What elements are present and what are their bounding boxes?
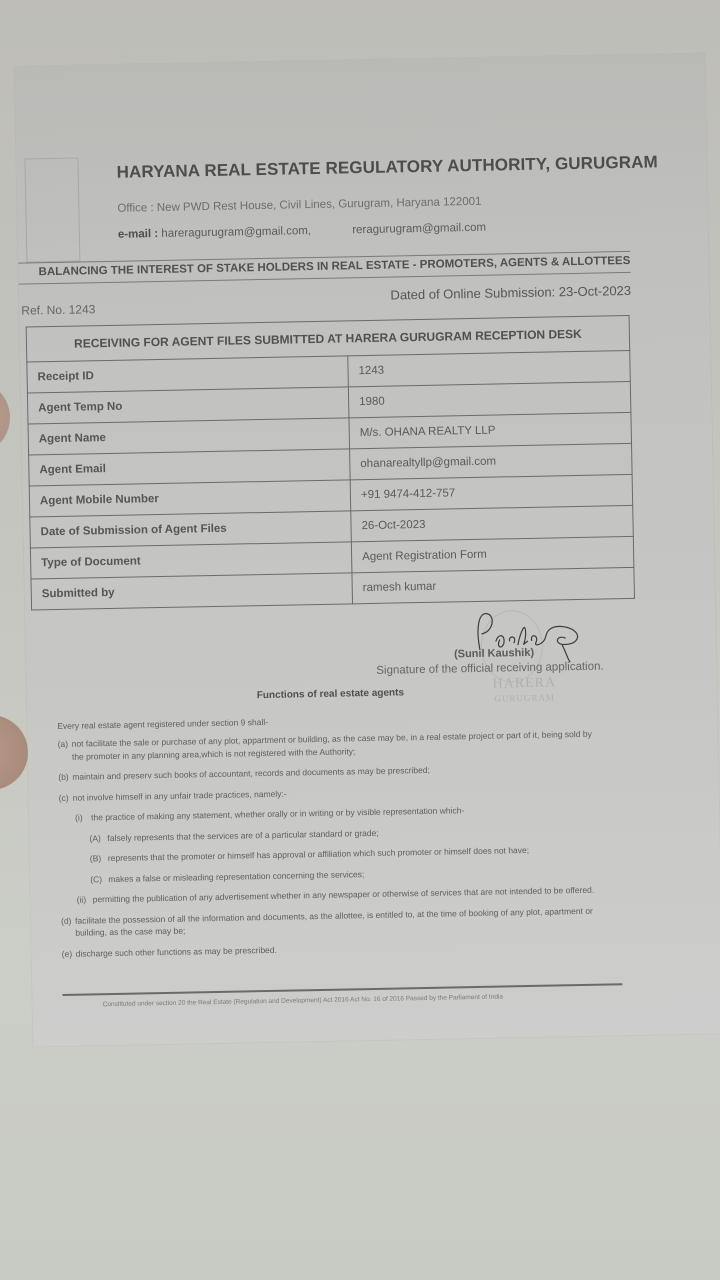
- reference-number: Ref. No. 1243: [21, 302, 95, 317]
- email-secondary: reragurugram@gmail.com: [352, 222, 486, 237]
- online-submission-date: Dated of Online Submission: 23-Oct-2023: [390, 283, 631, 303]
- contact-emails: e-mail : hareragurugram@gmail.com, rerag…: [118, 222, 486, 241]
- list-text: makes a false or misleading representati…: [108, 863, 600, 885]
- signature-caption: Signature of the official receiving appl…: [376, 661, 604, 677]
- list-marker: (e): [62, 947, 73, 960]
- receipt-table: RECEIVING FOR AGENT FILES SUBMITTED AT H…: [26, 315, 635, 611]
- document-page: HARYANA REAL ESTATE REGULATORY AUTHORITY…: [15, 53, 720, 1046]
- list-text: permitting the publication of any advert…: [93, 884, 601, 906]
- list-item: (i)the practice of making any statement,…: [59, 802, 599, 825]
- harera-watermark: HARERA GURUGRAM: [492, 676, 556, 705]
- list-marker: (c): [59, 791, 69, 804]
- logo-placeholder: [24, 158, 80, 263]
- field-value: ramesh kumar: [352, 567, 635, 603]
- list-marker: (B): [90, 852, 102, 865]
- list-marker: (d): [61, 914, 72, 927]
- email-primary: hareragurugram@gmail.com,: [161, 225, 311, 240]
- list-marker: (ii): [77, 893, 87, 906]
- list-text: not involve himself in any unfair trade …: [73, 781, 599, 804]
- list-marker: (C): [90, 873, 102, 886]
- list-marker: (A): [89, 832, 101, 845]
- list-item: (ii)permitting the publication of any ad…: [61, 884, 601, 907]
- list-item: (C)makes a false or misleading represent…: [60, 863, 600, 886]
- list-text: discharge such other functions as may be…: [76, 937, 602, 960]
- footer-note: Constituted under section 20 the Real Es…: [103, 994, 503, 1009]
- field-label: Submitted by: [31, 573, 353, 610]
- tagline: BALANCING THE INTEREST OF STAKE HOLDERS …: [38, 255, 630, 278]
- list-text: facilitate the possession of all the inf…: [75, 904, 601, 939]
- authority-title: HARYANA REAL ESTATE REGULATORY AUTHORITY…: [117, 152, 658, 182]
- email-label: e-mail :: [118, 228, 158, 241]
- functions-intro: Every real estate agent registered under…: [57, 717, 268, 731]
- list-text: the practice of making any statement, wh…: [91, 802, 599, 824]
- list-item: (B)represents that the promoter or himse…: [60, 843, 600, 866]
- list-marker: (b): [58, 771, 69, 784]
- list-text: maintain and preserv such books of accou…: [72, 761, 598, 784]
- list-item: (e)discharge such other functions as may…: [62, 937, 602, 960]
- list-item: (c)not involve himself in any unfair tra…: [59, 781, 599, 804]
- list-text: falsely represents that the services are…: [107, 822, 599, 844]
- list-item: (b)maintain and preserv such books of ac…: [58, 761, 598, 784]
- list-text: represents that the promoter or himself …: [108, 843, 600, 865]
- footer-divider: [62, 983, 622, 996]
- functions-list: (a)not facilitate the sale or purchase o…: [58, 728, 602, 968]
- signatory-name: (Sunil Kaushik): [454, 647, 534, 661]
- list-item: (d)facilitate the possession of all the …: [61, 904, 601, 939]
- list-marker: (i): [75, 812, 83, 825]
- list-marker: (a): [58, 738, 69, 751]
- list-item: (A)falsely represents that the services …: [59, 822, 599, 845]
- office-address: Office : New PWD Rest House, Civil Lines…: [117, 196, 481, 215]
- list-text: not facilitate the sale or purchase of a…: [72, 728, 598, 763]
- list-item: (a)not facilitate the sale or purchase o…: [58, 728, 598, 763]
